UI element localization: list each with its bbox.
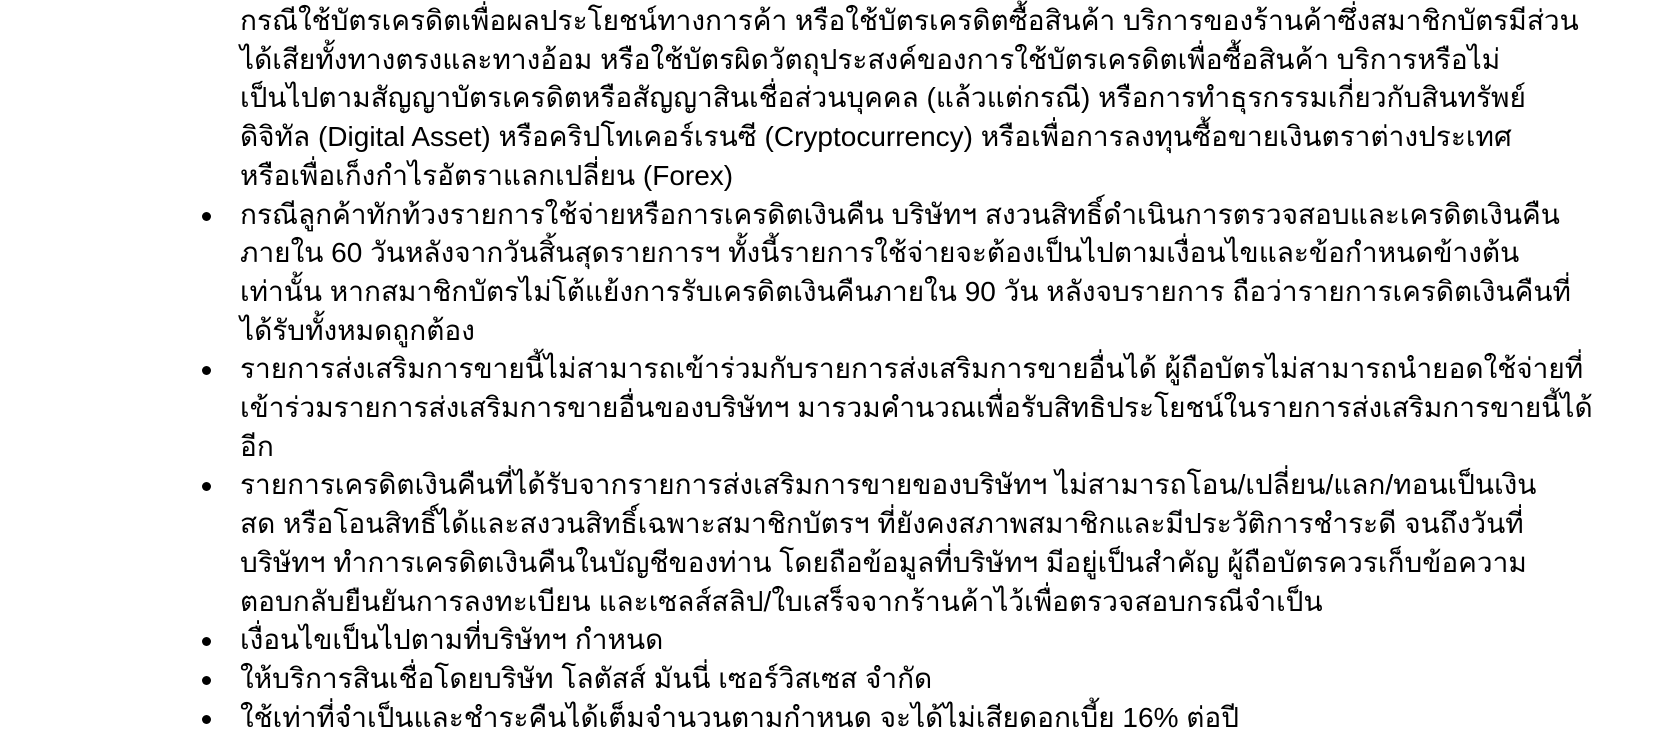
list-item: ใช้เท่าที่จำเป็นและชำระคืนได้เต็มจำนวนตา…	[240, 699, 1454, 738]
bullet-icon	[202, 366, 211, 375]
text-line: ได้เสียทั้งทางตรงและทางอ้อม หรือใช้บัตรผ…	[240, 41, 1454, 80]
text-line: ภายใน 60 วันหลังจากวันสิ้นสุดรายการฯ ทั้…	[240, 234, 1454, 273]
text-line: หรือเพื่อเก็งกำไรอัตราแลกเปลี่ยน (Forex)	[240, 157, 1454, 196]
paragraph-continuation: กรณีใช้บัตรเครดิตเพื่อผลประโยชน์ทางการค้…	[240, 2, 1454, 196]
list-item: ให้บริการสินเชื่อโดยบริษัท โลตัสส์ มันนี…	[240, 660, 1454, 699]
bullet-icon	[202, 482, 211, 491]
text-line: เข้าร่วมรายการส่งเสริมการขายอื่นของบริษั…	[240, 389, 1454, 428]
bullet-icon	[202, 212, 211, 221]
text-line: กรณีลูกค้าทักท้วงรายการใช้จ่ายหรือการเคร…	[240, 196, 1454, 235]
text-line: ตอบกลับยืนยันการลงทะเบียน และเซลส์สลิป/ใ…	[240, 583, 1454, 622]
text-line: เท่านั้น หากสมาชิกบัตรไม่โต้แย้งการรับเค…	[240, 273, 1454, 312]
text-line: ได้รับทั้งหมดถูกต้อง	[240, 312, 1454, 351]
text-line: รายการส่งเสริมการขายนี้ไม่สามารถเข้าร่วม…	[240, 350, 1454, 389]
bullet-icon	[202, 676, 211, 685]
list-item: เงื่อนไขเป็นไปตามที่บริษัทฯ กำหนด	[240, 621, 1454, 660]
text-line: ใช้เท่าที่จำเป็นและชำระคืนได้เต็มจำนวนตา…	[240, 699, 1454, 738]
text-line: อีก	[240, 428, 1454, 467]
list-item: กรณีลูกค้าทักท้วงรายการใช้จ่ายหรือการเคร…	[240, 196, 1454, 351]
text-line: เป็นไปตามสัญญาบัตรเครดิตหรือสัญญาสินเชื่…	[240, 79, 1454, 118]
text-line: เงื่อนไขเป็นไปตามที่บริษัทฯ กำหนด	[240, 621, 1454, 660]
text-line: กรณีใช้บัตรเครดิตเพื่อผลประโยชน์ทางการค้…	[240, 2, 1454, 41]
list-item: รายการส่งเสริมการขายนี้ไม่สามารถเข้าร่วม…	[240, 350, 1454, 466]
text-line: รายการเครดิตเงินคืนที่ได้รับจากรายการส่ง…	[240, 466, 1454, 505]
text-line: ดิจิทัล (Digital Asset) หรือคริปโทเคอร์เ…	[240, 118, 1454, 157]
list-item: รายการเครดิตเงินคืนที่ได้รับจากรายการส่ง…	[240, 466, 1454, 621]
text-line: สด หรือโอนสิทธิ์ได้และสงวนสิทธิ์เฉพาะสมา…	[240, 505, 1454, 544]
text-line: บริษัทฯ ทำการเครดิตเงินคืนในบัญชีของท่าน…	[240, 544, 1454, 583]
text-line: ให้บริการสินเชื่อโดยบริษัท โลตัสส์ มันนี…	[240, 660, 1454, 699]
terms-list: กรณีใช้บัตรเครดิตเพื่อผลประโยชน์ทางการค้…	[240, 2, 1454, 737]
bullet-icon	[202, 715, 211, 724]
document-page: กรณีใช้บัตรเครดิตเพื่อผลประโยชน์ทางการค้…	[0, 0, 1654, 738]
bullet-icon	[202, 637, 211, 646]
